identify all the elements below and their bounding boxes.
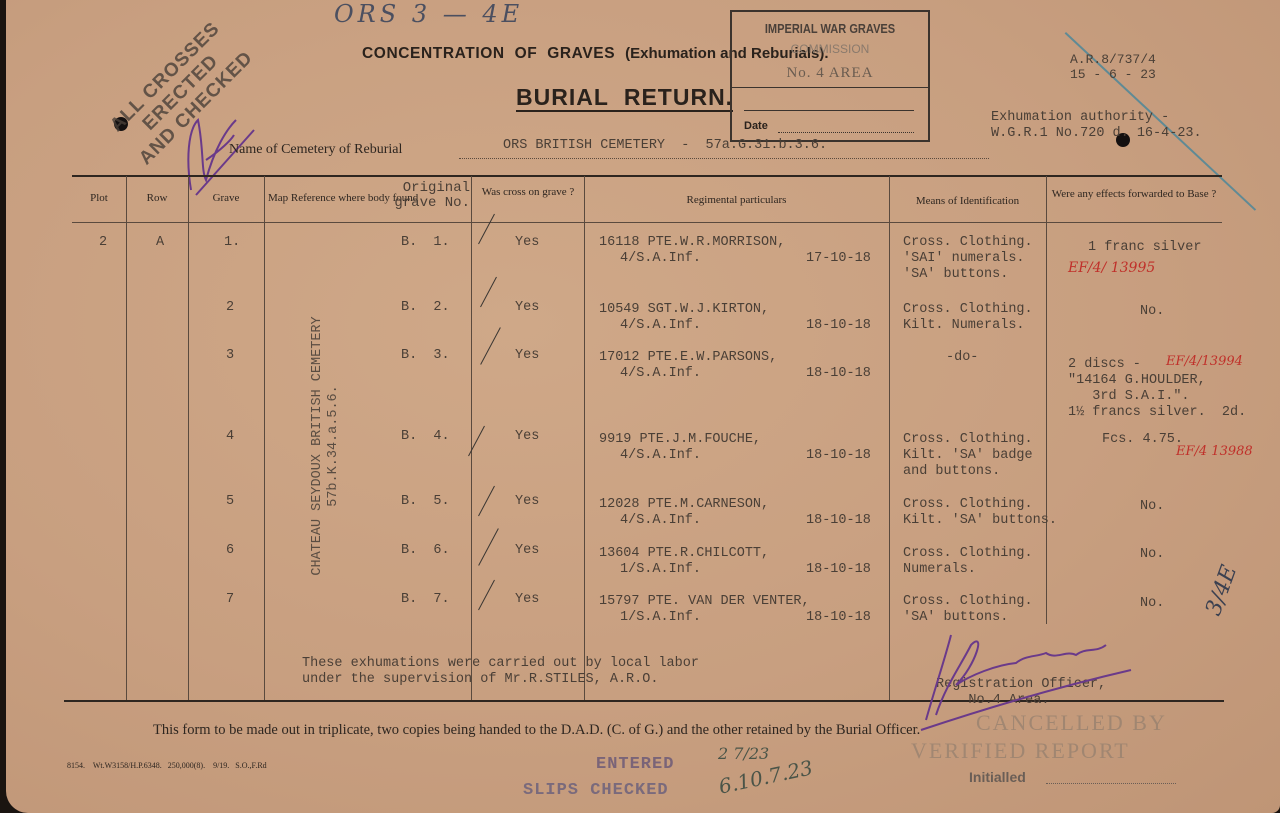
cell-unit: 4/S.A.Inf. — [620, 513, 701, 529]
cell-identification: Cross. Clothing. 'SAI' numerals. 'SA' bu… — [903, 235, 1033, 283]
entered-stamp: ENTERED — [596, 755, 674, 774]
cell-identification: Cross. Clothing. Kilt. Numerals. — [903, 302, 1033, 334]
cell-grave: 6 — [226, 543, 234, 559]
cell-unit: 1/S.A.Inf. — [620, 610, 701, 626]
cell-effects: No. — [1140, 547, 1164, 563]
cell-date: 18-10-18 — [806, 448, 871, 464]
header-original-grave: Original grave No. — [384, 181, 470, 211]
cell-name: 10549 SGT.W.J.KIRTON, — [599, 302, 769, 318]
cell-unit: 4/S.A.Inf. — [620, 366, 701, 382]
cell-grave: 2 — [226, 300, 234, 316]
header-row: Row — [126, 192, 188, 205]
cell-date: 18-10-18 — [806, 610, 871, 626]
cell-identification: Cross. Clothing. Kilt. 'SA' badge and bu… — [903, 432, 1033, 480]
cell-original-grave: B. 2. — [401, 300, 450, 316]
cell-date: 18-10-18 — [806, 318, 871, 334]
cell-name: 15797 PTE. VAN DER VENTER, — [599, 594, 810, 610]
header-effects: Were any effects forwarded to Base ? — [1046, 188, 1222, 201]
cell-grave: 4 — [226, 429, 234, 445]
cell-effects: Fcs. 4.75. — [1102, 432, 1183, 448]
cell-name: 13604 PTE.R.CHILCOTT, — [599, 546, 769, 562]
cell-name: 12028 PTE.M.CARNESON, — [599, 497, 769, 513]
red-annotation: EF/4/13994 — [1166, 354, 1243, 369]
cell-effects: No. — [1140, 596, 1164, 612]
cell-identification: Cross. Clothing. Kilt. 'SA' buttons. — [903, 497, 1057, 529]
cell-grave: 3 — [226, 348, 234, 364]
reference-number: A.R.8/737/4 — [1070, 52, 1156, 67]
cell-name: 16118 PTE.W.R.MORRISON, — [599, 235, 785, 251]
cell-unit: 1/S.A.Inf. — [620, 562, 701, 578]
cell-cross: Yes — [515, 348, 539, 364]
stamp-line1: IMPERIAL WAR GRAVES — [747, 21, 914, 36]
exhumation-authority-label: Exhumation authority - — [991, 110, 1169, 125]
exhumation-note: These exhumations were carried out by lo… — [302, 656, 699, 688]
cell-name: 9919 PTE.J.M.FOUCHE, — [599, 432, 761, 448]
cell-grave: 7 — [226, 592, 234, 608]
cemetery-value: ORS BRITISH CEMETERY - 57a.G.31.b.3.6. — [503, 138, 827, 153]
cell-original-grave: B. 5. — [401, 494, 450, 510]
header-plot: Plot — [72, 192, 126, 205]
cemetery-label: Name of Cemetery of Reburial — [229, 142, 402, 158]
map-reference-rotated: CHATEAU SEYDOUX BRITISH CEMETERY 57b.K.3… — [310, 306, 342, 586]
cell-date: 18-10-18 — [806, 513, 871, 529]
commission-stamp: IMPERIAL WAR GRAVES COMMISSION No. 4 ARE… — [730, 10, 930, 142]
heading-title: CONCENTRATION OF GRAVES — [362, 45, 615, 62]
header-identification: Means of Identification — [889, 195, 1046, 208]
cell-grave: 5 — [226, 494, 234, 510]
cell-effects: No. — [1140, 499, 1164, 515]
cell-plot: 2 — [99, 235, 107, 251]
map-reference-line1: CHATEAU SEYDOUX BRITISH CEMETERY — [310, 306, 326, 586]
stamp-line3: No. 4 AREA — [732, 65, 928, 82]
print-code: 8154. Wt.W3158/H.P.6348. 250,000(8). 9/1… — [67, 761, 267, 770]
header-grave: Grave — [188, 192, 264, 205]
cell-grave: 1. — [224, 235, 240, 251]
cell-name: 17012 PTE.E.W.PARSONS, — [599, 350, 777, 366]
cell-date: 18-10-18 — [806, 366, 871, 382]
cell-effects: 1 franc silver — [1088, 240, 1201, 256]
cell-original-grave: B. 6. — [401, 543, 450, 559]
cell-cross: Yes — [515, 543, 539, 559]
cell-identification: Cross. Clothing. Numerals. — [903, 546, 1033, 578]
cell-unit: 4/S.A.Inf. — [620, 318, 701, 334]
cell-date: 17-10-18 — [806, 251, 871, 267]
red-annotation: EF/4/ 13995 — [1068, 260, 1155, 276]
stamp-line2: COMMISSION — [732, 42, 928, 56]
cell-identification: Cross. Clothing. 'SA' buttons. — [903, 594, 1033, 626]
cell-cross: Yes — [515, 494, 539, 510]
handwritten-date-1: 2 7/23 — [718, 744, 769, 763]
cancelled-stamp-2: VERIFIED REPORT — [911, 738, 1130, 764]
red-annotation: EF/4 13988 — [1176, 444, 1253, 459]
cell-original-grave: B. 3. — [401, 348, 450, 364]
map-reference-line2: 57b.K.34.a.5.6. — [326, 306, 342, 586]
cell-date: 18-10-18 — [806, 562, 871, 578]
margin-note: 3/4E — [1201, 562, 1242, 619]
cell-row: A — [156, 235, 164, 251]
initialled-label: Initialled — [969, 769, 1026, 785]
cell-original-grave: B. 7. — [401, 592, 450, 608]
cell-cross: Yes — [515, 429, 539, 445]
handwritten-reference: ORS 3 — 4E — [334, 0, 523, 28]
reference-date: 15 - 6 - 23 — [1070, 67, 1156, 82]
burial-return-document: ORS 3 — 4E ALL CROSSES ERECTED AND CHECK… — [6, 0, 1280, 813]
cell-original-grave: B. 4. — [401, 429, 450, 445]
cell-cross: Yes — [515, 300, 539, 316]
cell-unit: 4/S.A.Inf. — [620, 251, 701, 267]
cell-effects: No. — [1140, 304, 1164, 320]
slips-checked-stamp: SLIPS CHECKED — [523, 781, 669, 800]
cell-unit: 4/S.A.Inf. — [620, 448, 701, 464]
cell-original-grave: B. 1. — [401, 235, 450, 251]
exhumation-authority-value: W.G.R.1 No.720 d. 16-4-23. — [991, 126, 1202, 141]
cancelled-stamp-1: CANCELLED BY — [976, 710, 1167, 736]
header-regimental: Regimental particulars — [584, 194, 889, 207]
stamp-date-label: Date — [744, 120, 768, 132]
burial-return-title: BURIAL RETURN. — [516, 84, 733, 112]
cell-cross: Yes — [515, 235, 539, 251]
header-cross: Was cross on grave ? — [476, 186, 580, 199]
cell-cross: Yes — [515, 592, 539, 608]
cell-identification: -do- — [946, 350, 978, 366]
triplicate-instruction: This form to be made out in triplicate, … — [153, 722, 920, 739]
